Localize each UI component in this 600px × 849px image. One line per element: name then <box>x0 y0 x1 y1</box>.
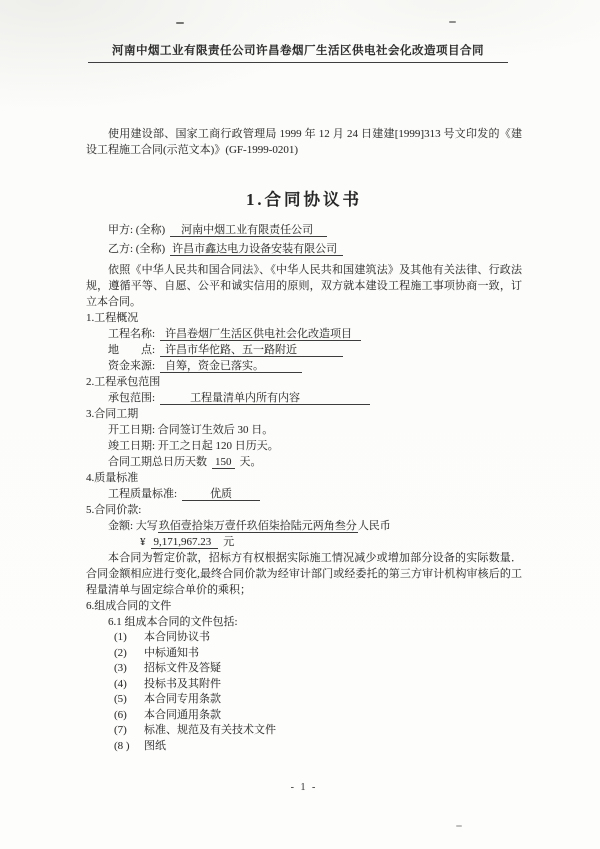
project-name-value: 许昌卷烟厂生活区供电社会化改造项目 <box>160 328 361 341</box>
completion-date-line: 竣工日期: 开工之日起 120 日历天。 <box>86 438 522 454</box>
section6-heading: 6.组成合同的文件 <box>86 598 522 614</box>
scan-artifact-mark <box>449 21 456 23</box>
party-b-label: 乙方: (全称) <box>108 243 165 255</box>
list-item-label: 本合同通用条款 <box>144 708 221 724</box>
list-item-number: (2) <box>114 646 144 662</box>
funding-source-label: 资金来源: <box>108 360 155 372</box>
duration-days-value: 150 <box>212 456 235 469</box>
project-location-label: 地 点: <box>108 344 155 356</box>
party-a-label: 甲方: (全称) <box>108 224 165 236</box>
list-item: (4)投标书及其附件 <box>86 677 522 693</box>
intro-paragraph: 使用建设部、国家工商行政管理局 1999 年 12 月 24 日建建[1999]… <box>86 126 522 158</box>
scan-artifact-mark <box>456 825 462 827</box>
amount-in-words-value: 玖佰壹拾柒万壹仟玖佰柒拾陆元两角叁分 <box>158 520 358 533</box>
contract-files-list: (1)本合同协议书 (2)中标通知书 (3)招标文件及答疑 (4)投标书及其附件… <box>86 630 522 754</box>
list-item-label: 图纸 <box>144 739 166 755</box>
contract-scope-line: 承包范围:工程量清单内所有内容 <box>86 390 522 406</box>
list-item: (8 )图纸 <box>86 739 522 755</box>
amount-in-words-line: 金额: 大写玖佰壹拾柒万壹仟玖佰柒拾陆元两角叁分人民币 <box>86 518 522 534</box>
party-a-value: 河南中烟工业有限责任公司 <box>170 224 327 237</box>
funding-source-line: 资金来源:自筹，资金已落实。 <box>86 358 522 374</box>
list-item: (5)本合同专用条款 <box>86 692 522 708</box>
section3-heading: 3.合同工期 <box>86 406 522 422</box>
list-item: (3)招标文件及答疑 <box>86 661 522 677</box>
funding-source-value: 自筹，资金已落实。 <box>160 360 302 373</box>
quality-standard-value: 优质 <box>182 488 260 501</box>
list-item-number: (1) <box>114 630 144 646</box>
list-item-label: 本合同专用条款 <box>144 692 221 708</box>
scanned-contract-page: 河南中烟工业有限责任公司许昌卷烟厂生活区供电社会化改造项目合同 使用建设部、国家… <box>0 0 600 849</box>
list-item-label: 中标通知书 <box>144 646 199 662</box>
project-name-label: 工程名称: <box>108 328 155 340</box>
list-item-number: (7) <box>114 723 144 739</box>
section4-heading: 4.质量标准 <box>86 470 522 486</box>
duration-line: 合同工期总日历天数150天。 <box>86 454 522 470</box>
list-item-label: 投标书及其附件 <box>144 677 221 693</box>
document-body: 使用建设部、国家工商行政管理局 1999 年 12 月 24 日建建[1999]… <box>86 126 522 796</box>
preamble-paragraph: 依照《中华人民共和国合同法》、《中华人民共和国建筑法》及其他有关法律、行政法规，… <box>86 262 522 310</box>
price-note-paragraph: 本合同为暂定价款，招标方有权根据实际施工情况减少或增加部分设备的实际数量．合同金… <box>86 550 522 598</box>
amount-in-figures-line: ¥9,171,967.23元 <box>86 534 522 550</box>
section2-heading: 2.工程承包范围 <box>86 374 522 390</box>
contract-scope-label: 承包范围: <box>108 392 155 404</box>
party-a-line: 甲方: (全称)河南中烟工业有限责任公司 <box>86 221 522 240</box>
list-item-label: 招标文件及答疑 <box>144 661 221 677</box>
duration-prefix: 合同工期总日历天数 <box>108 456 207 468</box>
list-item-number: (5) <box>114 692 144 708</box>
amount-in-words-suffix: 人民币 <box>358 520 391 532</box>
currency-symbol: ¥ <box>140 536 146 548</box>
party-b-value: 许昌市鑫达电力设备安装有限公司 <box>170 243 343 256</box>
document-title: 1.合同协议书 <box>86 192 522 208</box>
amount-in-words-label: 金额: 大写 <box>108 520 158 532</box>
header-title: 河南中烟工业有限责任公司许昌卷烟厂生活区供电社会化改造项目合同 <box>112 45 484 57</box>
list-item-number: (8 ) <box>114 739 144 755</box>
amount-unit: 元 <box>223 536 234 548</box>
list-item: (2)中标通知书 <box>86 646 522 662</box>
list-item: (7)标准、规范及有关技术文件 <box>86 723 522 739</box>
party-b-line: 乙方: (全称)许昌市鑫达电力设备安装有限公司 <box>86 240 522 259</box>
start-date-line: 开工日期: 合同签订生效后 30 日。 <box>86 422 522 438</box>
page-number: - 1 - <box>86 780 522 796</box>
section6-subheading: 6.1 组成本合同的文件包括: <box>86 614 522 630</box>
contract-scope-value: 工程量清单内所有内容 <box>160 392 370 405</box>
list-item-label: 标准、规范及有关技术文件 <box>144 723 276 739</box>
project-name-line: 工程名称:许昌卷烟厂生活区供电社会化改造项目 <box>86 326 522 342</box>
project-location-line: 地 点:许昌市华佗路、五一路附近 <box>86 342 522 358</box>
quality-standard-label: 工程质量标准: <box>108 488 177 500</box>
project-location-value: 许昌市华佗路、五一路附近 <box>160 344 343 357</box>
section5-heading: 5.合同价款: <box>86 502 522 518</box>
document-header: 河南中烟工业有限责任公司许昌卷烟厂生活区供电社会化改造项目合同 <box>88 44 508 63</box>
section1-heading: 1.工程概况 <box>86 310 522 326</box>
list-item-number: (4) <box>114 677 144 693</box>
scan-artifact-mark <box>176 22 184 24</box>
list-item-number: (3) <box>114 661 144 677</box>
list-item: (1)本合同协议书 <box>86 630 522 646</box>
quality-standard-line: 工程质量标准:优质 <box>86 486 522 502</box>
duration-suffix: 天。 <box>240 456 262 468</box>
list-item: (6)本合同通用条款 <box>86 708 522 724</box>
list-item-label: 本合同协议书 <box>144 630 210 646</box>
amount-in-figures-value: 9,171,967.23 <box>151 536 219 549</box>
list-item-number: (6) <box>114 708 144 724</box>
